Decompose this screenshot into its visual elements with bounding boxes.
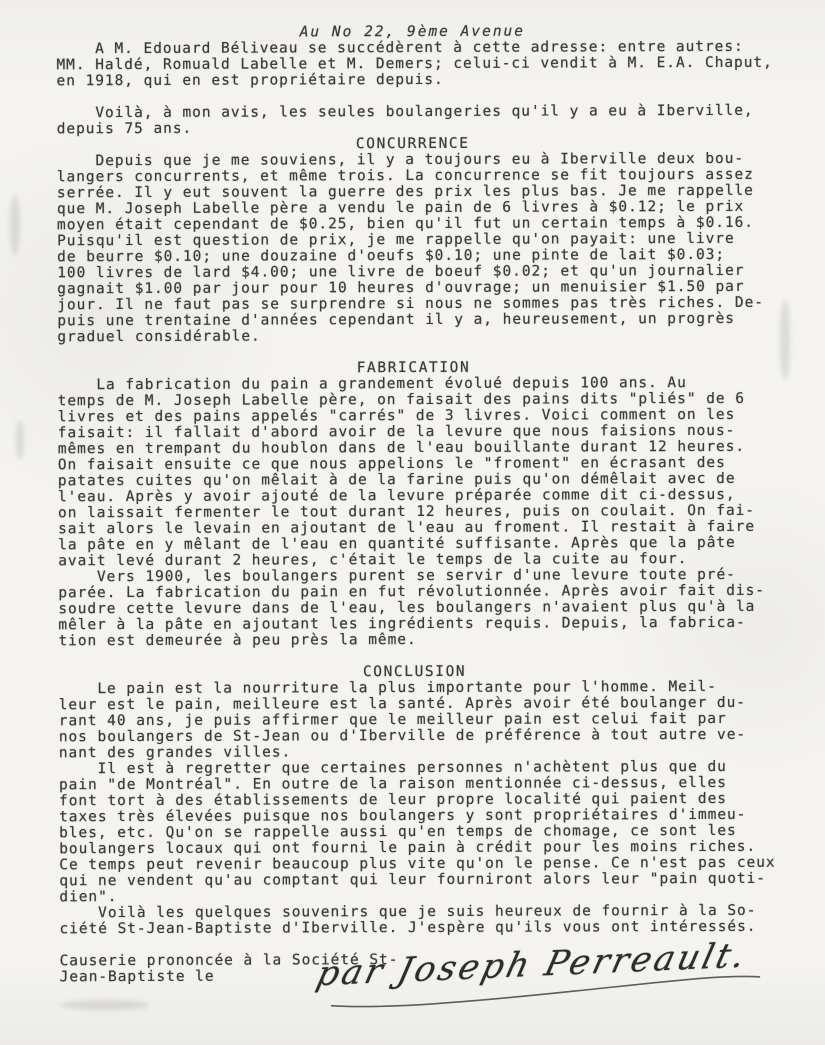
text-line: nos boulangers de St-Jean ou d'Iberville… bbox=[59, 727, 771, 745]
document-body: Au No 22, 9ème Avenue A M. Edouard Béliv… bbox=[56, 23, 771, 985]
text-line: Jean-Baptiste le bbox=[60, 967, 772, 985]
text-line: qui ne vendent qu'au comptant qui leur f… bbox=[59, 871, 771, 889]
text-line: ciété St-Jean-Baptiste d'Iberville. J'es… bbox=[59, 919, 771, 937]
scan-smudge bbox=[10, 195, 20, 255]
text-line: Voilà, à mon avis, les seules boulangeri… bbox=[57, 103, 769, 121]
text-line: mêler à la pâte en ajoutant les ingrédie… bbox=[58, 615, 770, 633]
document-page: Au No 22, 9ème Avenue A M. Edouard Béliv… bbox=[0, 0, 825, 1045]
text-line: MM. Haldé, Romuald Labelle et M. Demers;… bbox=[56, 55, 768, 73]
scan-smudge bbox=[16, 420, 24, 460]
scan-smudge bbox=[60, 1000, 150, 1010]
text-line: puis une trentaine d'années cependant il… bbox=[57, 311, 769, 329]
scan-smudge bbox=[780, 300, 790, 380]
